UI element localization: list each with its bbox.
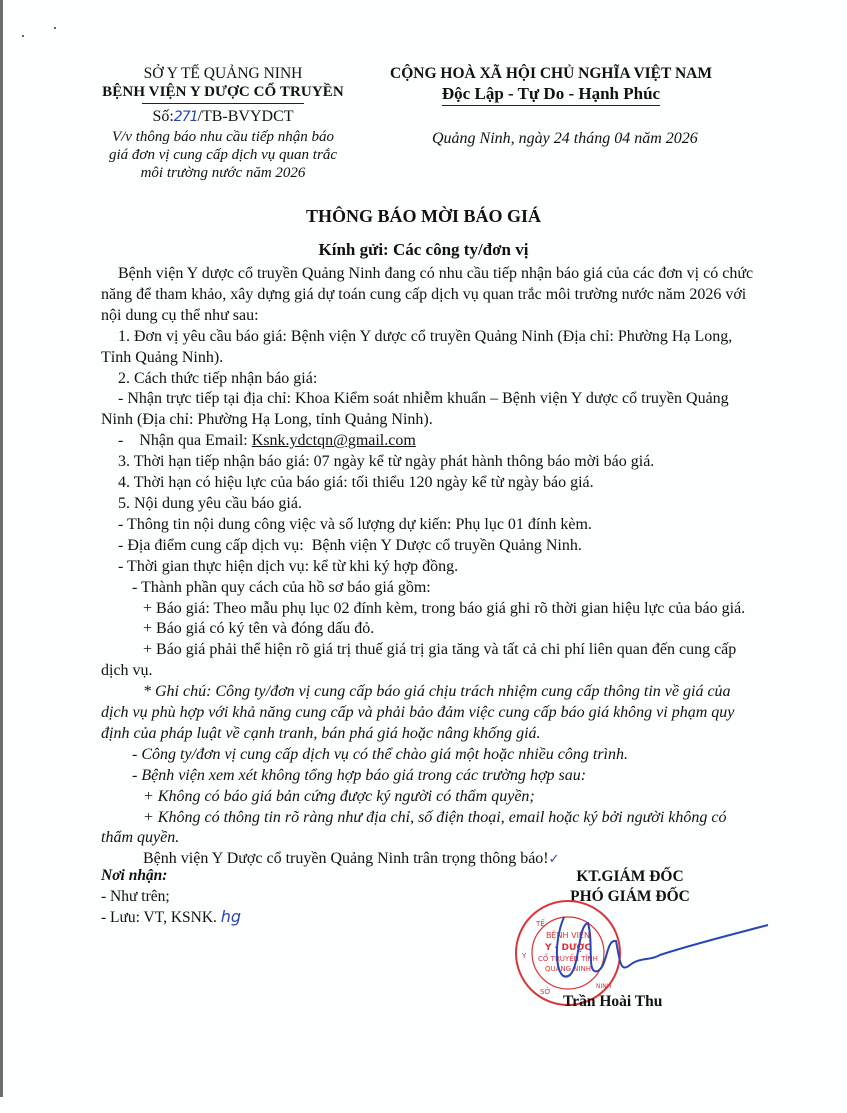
item-5d: - Thành phần quy cách của hồ sơ báo giá … [101,578,761,599]
handwritten-number: 271 [174,109,198,125]
item-5c: - Thời gian thực hiện dịch vụ: kể từ khi… [101,557,761,578]
check-mark-icon: ✓ [549,852,560,867]
hospital-name: BỆNH VIỆN Y DƯỢC CỔ TRUYỀN [92,83,354,102]
item-2b: - Nhận qua Email: Ksnk.ydctqn@gmail.com [101,431,761,452]
document-body: Bệnh viện Y dược cổ truyền Quảng Ninh đa… [101,264,761,871]
svg-text:Y: Y [521,952,527,960]
item-5b: - Địa điểm cung cấp dịch vụ: Bệnh viện Y… [101,536,761,557]
recipients-block: Nơi nhận: - Như trên; - Lưu: VT, KSNK. h… [101,866,241,929]
number-suffix: /TB-BVYDCT [198,108,294,125]
national-motto: Độc Lập - Tự Do - Hạnh Phúc [442,83,660,106]
document-number: Số:271/TB-BVYDCT [92,107,354,127]
note: * Ghi chú: Công ty/đơn vị cung cấp báo g… [101,682,761,745]
item-5d1: + Báo giá: Theo mẫu phụ lục 02 đính kèm,… [101,599,761,620]
item-2a: - Nhận trực tiếp tại địa chỉ: Khoa Kiểm … [101,389,761,431]
note-3a: + Không có báo giá bản cứng được ký ngườ… [101,787,761,808]
signature-line-1: KT.GIÁM ĐỐC [540,867,720,887]
document-title: THÔNG BÁO MỜI BÁO GIÁ [0,206,847,227]
item-1: 1. Đơn vị yêu cầu báo giá: Bệnh viện Y d… [101,327,761,369]
item-5a: - Thông tin nội dung công việc và số lượ… [101,515,761,536]
subject-line: V/v thông báo nhu cầu tiếp nhận báo giá … [92,128,354,182]
item-5: 5. Nội dung yêu cầu báo giá. [101,494,761,515]
item-2: 2. Cách thức tiếp nhận báo giá: [101,369,761,390]
subject-line-2: giá đơn vị cung cấp dịch vụ quan trắc [92,146,354,164]
handwritten-signature-icon [550,905,770,990]
intro-paragraph: Bệnh viện Y dược cổ truyền Quảng Ninh đa… [101,264,761,327]
handwritten-initials: hg [221,907,241,926]
issuer-underline [142,103,304,104]
scan-edge [0,0,3,1097]
number-prefix: Số: [152,108,173,125]
subject-line-1: V/v thông báo nhu cầu tiếp nhận báo [92,128,354,146]
document-page: SỞ Y TẾ QUẢNG NINH BỆNH VIỆN Y DƯỢC CỔ T… [0,0,847,1113]
recipient-item: - Như trên; [101,887,241,908]
closing-text: Bệnh viện Y Dược cổ truyền Quảng Ninh tr… [143,850,549,867]
svg-text:TẾ: TẾ [535,918,545,928]
place-date: Quảng Ninh, ngày 24 tháng 04 năm 2026 [432,130,698,148]
note-2: - Công ty/đơn vị cung cấp dịch vụ có thể… [101,745,761,766]
greeting: Kính gửi: Các công ty/đơn vị [0,240,847,260]
subject-line-3: môi trường nước năm 2026 [92,164,354,182]
scan-speck [22,35,24,37]
department-name: SỞ Y TẾ QUẢNG NINH [92,64,354,83]
note-3: - Bệnh viện xem xét không tổng hợp báo g… [101,766,761,787]
scan-speck [54,27,56,29]
recipients-label: Nơi nhận: [101,866,241,887]
signer-name: Trần Hoài Thu [563,993,662,1011]
email-link[interactable]: Ksnk.ydctqn@gmail.com [252,432,416,449]
item-5d3: + Báo giá phải thể hiện rõ giá trị thuế … [101,640,761,682]
item-5d2: + Báo giá có ký tên và đóng dấu đỏ. [101,619,761,640]
issuer-block: SỞ Y TẾ QUẢNG NINH BỆNH VIỆN Y DƯỢC CỔ T… [92,64,354,182]
note-3b: + Không có thông tin rõ ràng như địa chỉ… [101,808,761,850]
national-header: CỘNG HOÀ XÃ HỘI CHỦ NGHĨA VIỆT NAM Độc L… [376,64,726,106]
email-label: - Nhận qua Email: [118,432,252,449]
recipient-item: - Lưu: VT, KSNK. hg [101,907,241,929]
item-3: 3. Thời hạn tiếp nhận báo giá: 07 ngày k… [101,452,761,473]
item-4: 4. Thời hạn có hiệu lực của báo giá: tối… [101,473,761,494]
nation-name: CỘNG HOÀ XÃ HỘI CHỦ NGHĨA VIỆT NAM [376,64,726,83]
recipient-text: - Lưu: VT, KSNK. [101,909,217,926]
